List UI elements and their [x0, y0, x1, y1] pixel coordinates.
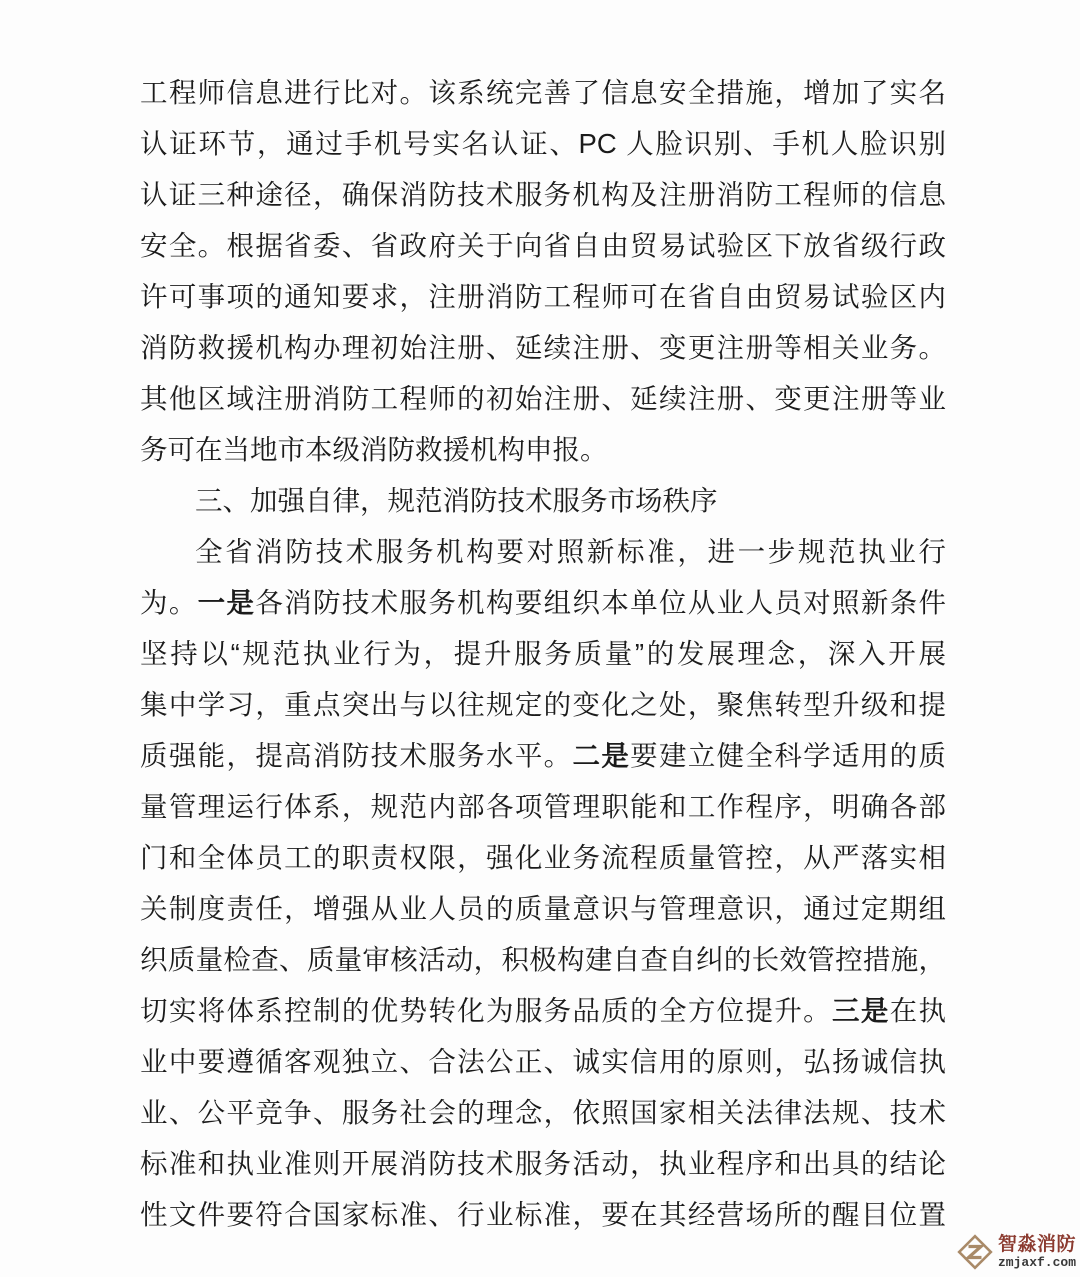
body-text: 要建立健全科学适用的质: [630, 740, 946, 771]
text-line: 三、加强自律，规范消防技术服务市场秩序: [140, 475, 946, 526]
body-text: 业、公平竞争、服务社会的理念，依照国家相关法律法规、技术: [140, 1097, 946, 1128]
emphasis-text: 一是: [198, 587, 256, 618]
document-page: 工程师信息进行比对。该系统完善了信息安全措施，增加了实名认证环节，通过手机号实名…: [0, 0, 1080, 1277]
body-text: 三、加强自律，规范消防技术服务市场秩序: [195, 485, 718, 516]
text-line: 质强能，提高消防技术服务水平。二是要建立健全科学适用的质: [140, 730, 946, 781]
text-line: 业、公平竞争、服务社会的理念，依照国家相关法律法规、技术: [140, 1087, 946, 1138]
body-text: 务可在当地市本级消防救援机构申报。: [140, 434, 608, 465]
body-text: 认证三种途径，确保消防技术服务机构及注册消防工程师的信息: [140, 179, 946, 210]
body-text: 性文件要符合国家标准、行业标准，要在其经营场所的醒目位置: [140, 1199, 946, 1230]
body-text: 切实将体系控制的优势转化为服务品质的全方位提升。: [140, 995, 832, 1026]
text-line: 织质量检查、质量审核活动，积极构建自查自纠的长效管控措施，: [140, 934, 946, 985]
text-line: 为。一是各消防技术服务机构要组织本单位从业人员对照新条件: [140, 577, 946, 628]
body-text: 工程师信息进行比对。该系统完善了信息安全措施，增加了实名: [140, 77, 946, 108]
text-line: 务可在当地市本级消防救援机构申报。: [140, 424, 946, 475]
body-text: 消防救援机构办理初始注册、延续注册、变更注册等相关业务。: [140, 332, 946, 363]
text-line: 认证环节，通过手机号实名认证、PC 人脸识别、手机人脸识别: [140, 118, 946, 169]
emphasis-text: 三是: [832, 995, 890, 1026]
text-line: 许可事项的通知要求，注册消防工程师可在省自由贸易试验区内: [140, 271, 946, 322]
text-line: 消防救援机构办理初始注册、延续注册、变更注册等相关业务。: [140, 322, 946, 373]
document-text: 工程师信息进行比对。该系统完善了信息安全措施，增加了实名认证环节，通过手机号实名…: [140, 67, 946, 1240]
body-text: 全省消防技术服务机构要对照新标准，进一步规范执业行: [195, 536, 946, 567]
text-line: 关制度责任，增强从业人员的质量意识与管理意识，通过定期组: [140, 883, 946, 934]
body-text: 认证环节，通过手机号实名认证、PC 人脸识别、手机人脸识别: [140, 128, 946, 159]
text-line: 全省消防技术服务机构要对照新标准，进一步规范执业行: [140, 526, 946, 577]
text-line: 认证三种途径，确保消防技术服务机构及注册消防工程师的信息: [140, 169, 946, 220]
watermark-text: 智淼消防 zmjaxf.com: [998, 1234, 1076, 1270]
text-line: 业中要遵循客观独立、合法公正、诚实信用的原则，弘扬诚信执: [140, 1036, 946, 1087]
text-line: 集中学习，重点突出与以往规定的变化之处，聚焦转型升级和提: [140, 679, 946, 730]
body-text: 其他区域注册消防工程师的初始注册、延续注册、变更注册等业: [140, 383, 946, 414]
text-line: 工程师信息进行比对。该系统完善了信息安全措施，增加了实名: [140, 67, 946, 118]
text-line: 坚持以“规范执业行为，提升服务质量”的发展理念，深入开展: [140, 628, 946, 679]
body-text: 许可事项的通知要求，注册消防工程师可在省自由贸易试验区内: [140, 281, 946, 312]
text-line: 安全。根据省委、省政府关于向省自由贸易试验区下放省级行政: [140, 220, 946, 271]
body-text: 集中学习，重点突出与以往规定的变化之处，聚焦转型升级和提: [140, 689, 946, 720]
text-line: 性文件要符合国家标准、行业标准，要在其经营场所的醒目位置: [140, 1189, 946, 1240]
text-line: 切实将体系控制的优势转化为服务品质的全方位提升。三是在执: [140, 985, 946, 1036]
body-text: 坚持以“规范执业行为，提升服务质量”的发展理念，深入开展: [140, 638, 946, 669]
body-text: 业中要遵循客观独立、合法公正、诚实信用的原则，弘扬诚信执: [140, 1046, 946, 1077]
emphasis-text: 二是: [573, 740, 631, 771]
body-text: 质强能，提高消防技术服务水平。: [140, 740, 573, 771]
text-line: 其他区域注册消防工程师的初始注册、延续注册、变更注册等业: [140, 373, 946, 424]
watermark-domain: zmjaxf.com: [998, 1255, 1076, 1270]
body-text: 门和全体员工的职责权限，强化业务流程质量管控，从严落实相: [140, 842, 946, 873]
body-text: 织质量检查、质量审核活动，积极构建自查自纠的长效管控措施，: [140, 944, 946, 975]
text-line: 量管理运行体系，规范内部各项管理职能和工作程序，明确各部: [140, 781, 946, 832]
watermark-brand: 智淼消防: [998, 1234, 1076, 1255]
zhimiao-diamond-z-logo-icon: [955, 1232, 995, 1272]
body-text: 在执: [890, 995, 946, 1026]
watermark: 智淼消防 zmjaxf.com: [955, 1232, 1076, 1272]
body-text: 各消防技术服务机构要组织本单位从业人员对照新条件: [255, 587, 946, 618]
body-text: 关制度责任，增强从业人员的质量意识与管理意识，通过定期组: [140, 893, 946, 924]
body-text: 为。: [140, 587, 198, 618]
body-text: 标准和执业准则开展消防技术服务活动，执业程序和出具的结论: [140, 1148, 946, 1179]
text-line: 标准和执业准则开展消防技术服务活动，执业程序和出具的结论: [140, 1138, 946, 1189]
body-text: 量管理运行体系，规范内部各项管理职能和工作程序，明确各部: [140, 791, 946, 822]
text-line: 门和全体员工的职责权限，强化业务流程质量管控，从严落实相: [140, 832, 946, 883]
body-text: 安全。根据省委、省政府关于向省自由贸易试验区下放省级行政: [140, 230, 946, 261]
